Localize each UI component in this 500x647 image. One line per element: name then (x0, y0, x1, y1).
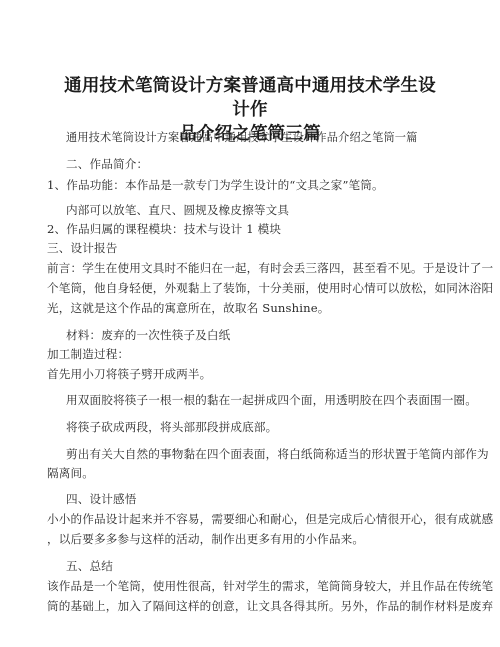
paragraph-line: 2、作品归属的课程模块：技术与设计 1 模块 (47, 221, 457, 237)
paragraph-line: 加工制造过程： (47, 346, 457, 362)
paragraph-line: 材料：废弃的一次性筷子及白纸 (66, 327, 476, 343)
paragraph-line: 该作品是一个笔筒，使用性很高，针对学生的需求，笔筒筒身较大，并且作品在传统笔 (47, 578, 457, 594)
paragraph-line: 1、作品功能：本作品是一款专门为学生设计的“文具之家”笔筒。 (47, 177, 457, 193)
paragraph-line: ，以后要多多参与这样的活动，制作出更多有用的小作品来。 (47, 531, 457, 547)
document-page: 通用技术笔筒设计方案普通高中通用技术学生设计作 品介绍之笔筒三篇 通用技术笔筒设… (0, 0, 500, 647)
section-heading-report: 三、设计报告 (47, 240, 457, 256)
paragraph-line: 光，这就是这个作品的寓意所在，故取名 Sunshine。 (47, 300, 457, 316)
paragraph-line: 首先用小刀将筷子劈开成两半。 (47, 366, 457, 382)
title-line-1: 通用技术笔筒设计方案普通高中通用技术学生设计作 (60, 74, 440, 122)
paragraph-line: 小小的作品设计起来并不容易，需要细心和耐心，但是完成后心情很开心，很有成就感 (47, 511, 457, 527)
section-heading-reflection: 四、设计感悟 (66, 491, 476, 507)
paragraph-line: 隔离间。 (47, 465, 457, 481)
paragraph-line: 剪出有关大自然的事物黏在四个面表面，将白纸筒称适当的形状置于笔筒内部作为 (66, 446, 476, 462)
paragraph-line: 将筷子砍成两段，将头部那段拼成底部。 (66, 419, 476, 435)
section-heading-summary: 五、总结 (66, 558, 476, 574)
paragraph-line: 内部可以放笔、直尺、圆规及橡皮擦等文具 (66, 202, 476, 218)
subtitle: 通用技术笔筒设计方案普通高中通用技术学生设计作品介绍之笔筒一篇 (66, 130, 476, 146)
paragraph-line: 前言：学生在使用文具时不能归在一起，有时会丢三落四，甚至看不见。于是设计了一 (47, 260, 457, 276)
paragraph-line: 筒的基础上，加入了隔间这样的创意，让文具各得其所。另外，作品的制作材料是废弃 (47, 598, 457, 614)
paragraph-line: 个笔筒，他自身轻便，外观黏上了装饰，十分美丽，使用时心情可以放松，如同沐浴阳 (47, 280, 457, 296)
section-heading-intro: 二、作品简介： (66, 156, 476, 172)
paragraph-line: 用双面胶将筷子一根一根的黏在一起拼成四个面，用透明胶在四个表面围一圈。 (66, 392, 476, 408)
